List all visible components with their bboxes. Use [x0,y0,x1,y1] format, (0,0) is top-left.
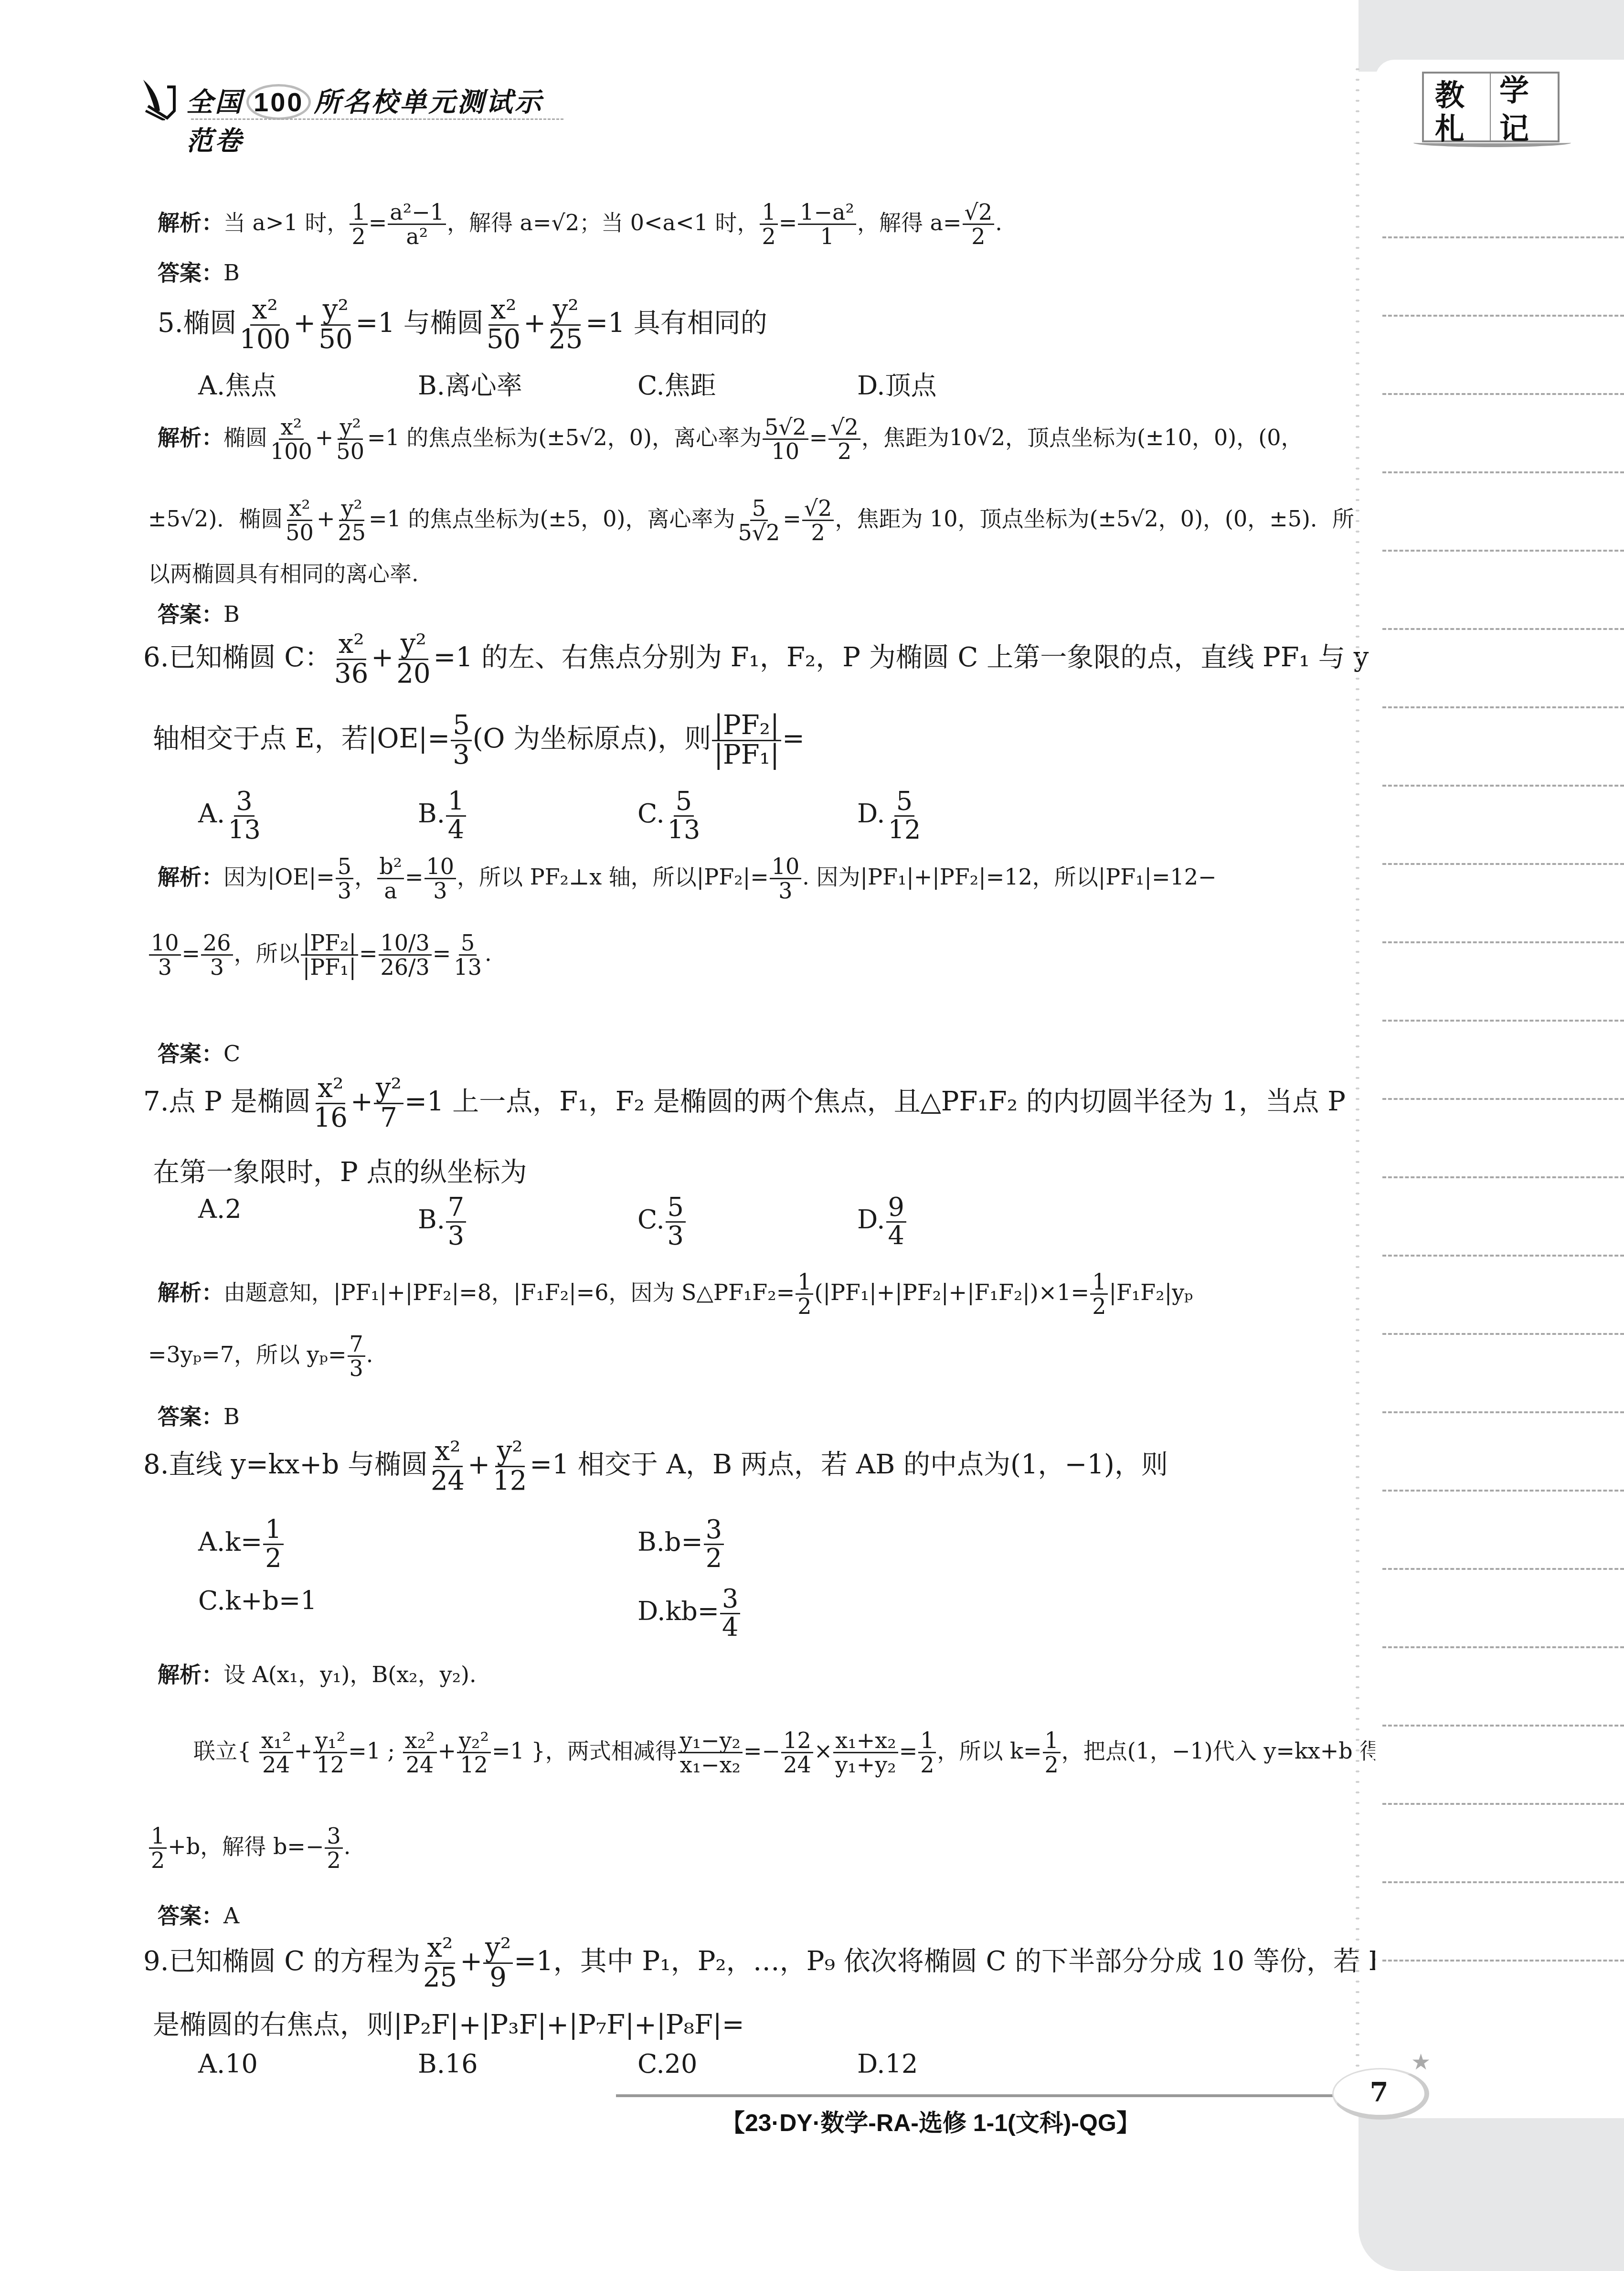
star-icon: ★ [1411,2049,1431,2075]
option-choice: B.73 [418,1194,637,1249]
question-9-stem-1: 9.已知椭圆 C 的方程为x²25+y²9=1，其中 P₁，P₂，…，P₉ 依次… [143,1934,1387,1992]
analysis-text: 由题意知，|PF₁|+|PF₂|=8，|F₁F₂|=6，因为 S△PF₁F₂=1… [223,1279,1193,1305]
question-8-analysis-3: 12+b，解得 b=−32. [148,1824,350,1872]
analysis-text: 联立{ x₁²24+y₁²12=1 ; x₂²24+y₂²12=1 }，两式相减… [193,1738,1433,1764]
fraction: 12 [760,201,777,248]
prev-answer: 答案：B [158,256,240,287]
question-text: 点 P 是椭圆x²16+y²7=1 上一点，F₁，F₂ 是椭圆的两个焦点，且△P… [169,1086,1345,1117]
question-text: 已知椭圆 C 的方程为x²25+y²9=1，其中 P₁，P₂，…，P₉ 依次将椭… [169,1946,1387,1977]
fraction: y²25 [547,296,584,354]
question-9-stem-2: 是椭圆的右焦点，则|P₂F|+|P₃F|+|P₇F|+|P₈F|= [153,2004,744,2042]
answer-label: 答案： [158,1404,223,1429]
question-6-options: A.313B.14C.513D.512 [198,788,1077,843]
notes-label-char: 札 [1435,105,1465,148]
question-8-options-row2: C.k+b=1D.kb=34 [198,1586,1077,1641]
option-choice: D.12 [857,2049,1077,2079]
question-text: 在第一象限时，P 点的纵坐标为 [153,1157,527,1188]
fraction: a²−1a² [388,201,446,248]
fraction: 12 [1090,1270,1108,1318]
note-line [1382,706,1624,708]
answer-label: 答案： [158,1041,223,1066]
page-number: 7 [1332,2068,1429,2120]
fraction: 12 [796,1270,813,1318]
fraction: 103 [149,931,181,979]
quill-book-icon [138,77,181,120]
fraction: 14 [446,788,466,843]
fraction: 513 [452,931,484,979]
question-7-options: A.2B.73C.53D.94 [198,1194,1077,1249]
question-6-answer: 答案：C [158,1036,240,1068]
fraction: y₂²12 [457,1729,491,1777]
question-8-stem: 8.直线 y=kx+b 与椭圆x²24+y²12=1 相交于 A，B 两点，若 … [143,1438,1168,1495]
question-7-analysis-2: =3yₚ=7，所以 yₚ=73. [148,1333,373,1380]
fraction: y²50 [317,296,354,354]
analysis-label: 解析： [158,210,223,235]
note-line [1382,1333,1624,1335]
answer-value: C [223,1041,240,1066]
fraction: 32 [325,1824,342,1872]
note-line [1382,1411,1624,1413]
question-9-options: A.10B.16C.20D.12 [198,2049,1077,2079]
page-header: 全国100所名校单元测试示范卷 [138,72,568,124]
fraction: 12 [263,1516,283,1572]
question-5-options: A.焦点B.离心率C.焦距D.顶点 [198,365,1077,402]
analysis-text: 以两椭圆具有相同的离心率. [148,561,419,586]
question-8-analysis-1: 解析：设 A(x₁，y₁)，B(x₂，y₂). [158,1657,477,1689]
fraction: 53 [451,712,472,769]
fraction: y²12 [491,1438,529,1495]
fraction: 12 [918,1729,936,1777]
fraction: √22 [802,497,834,544]
notes-book-icon: 教 学 札 记 [1413,67,1571,148]
fraction: y²20 [394,630,432,688]
option-choice: C.53 [637,1194,857,1249]
fraction: 12 [149,1824,167,1872]
fraction: x²25 [421,1934,459,1992]
question-text: 直线 y=kx+b 与椭圆x²24+y²12=1 相交于 A，B 两点，若 AB… [169,1449,1168,1480]
fraction: |PF₂||PF₁| [301,931,358,979]
analysis-text: 当 a>1 时，12=a²−1a²，解得 a=√2；当 0<a<1 时，12=1… [223,210,1002,235]
note-line [1382,393,1624,395]
note-line [1382,1803,1624,1805]
note-line [1382,863,1624,865]
note-line [1382,1960,1624,1962]
question-7-answer: 答案：B [158,1399,240,1431]
question-number: 7. [143,1086,169,1117]
fraction: 103 [770,855,802,903]
question-number: 9. [143,1946,169,1977]
question-5-analysis-3: 以两椭圆具有相同的离心率. [148,556,419,588]
question-7-analysis-1: 解析：由题意知，|PF₁|+|PF₂|=8，|F₁F₂|=6，因为 S△PF₁F… [158,1270,1193,1318]
fraction: |PF₂||PF₁| [712,712,781,769]
prev-analysis: 解析：当 a>1 时，12=a²−1a²，解得 a=√2；当 0<a<1 时，1… [158,201,1002,248]
option-choice: B.16 [418,2049,637,2079]
option-choice: A.k=12 [198,1516,637,1572]
fraction: 263 [201,931,233,979]
fraction: y²50 [334,416,366,463]
option-choice: A.焦点 [198,365,418,402]
question-text: 已知椭圆 C：x²36+y²20=1 的左、右焦点分别为 F₁，F₂，P 为椭圆… [169,642,1369,673]
option-choice: B.b=32 [637,1516,1077,1572]
sidebar-bottom-band [1359,2099,1624,2271]
exam-page: 全国100所名校单元测试示范卷 解析：当 a>1 时，12=a²−1a²，解得 … [0,0,1624,2271]
note-line [1382,550,1624,552]
fraction: 12 [350,201,367,248]
question-number: 8. [143,1449,169,1480]
option-choice: B.14 [418,788,637,843]
fraction: 5√210 [763,416,808,463]
note-line [1382,941,1624,943]
question-6-stem-2: 轴相交于点 E，若|OE|=53(O 为坐标原点)，则|PF₂||PF₁|= [153,712,805,769]
fraction: 53 [336,855,353,903]
fraction: x²100 [237,296,292,354]
option-choice: A.2 [198,1194,418,1249]
question-5-answer: 答案：B [158,597,240,629]
analysis-text: 椭圆x²100+y²50=1 的焦点坐标为(±5√2，0)，离心率为5√210=… [223,425,1303,450]
question-text: 轴相交于点 E，若|OE|=53(O 为坐标原点)，则|PF₂||PF₁|= [153,723,805,754]
note-line [1382,1881,1624,1883]
answer-value: B [223,601,240,627]
fraction: 313 [226,788,263,843]
note-line [1382,1725,1624,1727]
fraction: 1224 [781,1729,813,1777]
note-line [1382,471,1624,473]
option-choice: D.512 [857,788,1077,843]
option-choice: A.313 [198,788,418,843]
fraction: y₁−y₂x₁−x₂ [678,1729,743,1777]
fraction: 1−a²1 [798,201,856,248]
option-choice: C.焦距 [637,365,857,402]
answer-label: 答案： [158,602,223,627]
fraction: 53 [666,1194,686,1249]
fraction: 73 [348,1333,365,1380]
question-6-stem-1: 6.已知椭圆 C：x²36+y²20=1 的左、右焦点分别为 F₁，F₂，P 为… [143,630,1369,688]
fraction: x₂²24 [403,1729,437,1777]
answer-label: 答案： [158,260,223,285]
option-choice: C.k+b=1 [198,1586,637,1641]
analysis-text: 103=263，所以|PF₂||PF₁|=10/326/3=513. [148,940,492,966]
note-line [1382,1568,1624,1570]
question-5-analysis-2: ±5√2)．椭圆x²50+y²25=1 的焦点坐标为(±5，0)，离心率为55√… [148,497,1354,544]
analysis-text: 因为|OE|=53，b²a=103，所以 PF₂⊥x 轴，所以|PF₂|=103… [223,864,1217,890]
fraction: x²100 [268,416,314,463]
fraction: 73 [446,1194,466,1249]
question-8-analysis-2: 联立{ x₁²24+y₁²12=1 ; x₂²24+y₂²12=1 }，两式相减… [193,1729,1433,1777]
fraction: y²9 [483,1934,513,1992]
fraction: b²a [377,855,404,903]
question-8-options-row1: A.k=12B.b=32 [198,1516,1077,1572]
fraction: y²25 [336,497,368,544]
notes-column [1375,60,1624,2118]
analysis-label: 解析： [158,1662,223,1687]
fraction: 10/326/3 [379,931,432,979]
answer-value: B [223,260,240,286]
question-5-analysis-1: 解析：椭圆x²100+y²50=1 的焦点坐标为(±5√2，0)，离心率为5√2… [158,416,1303,463]
analysis-label: 解析： [158,425,223,450]
option-choice: D.kb=34 [637,1586,1077,1641]
fraction: 32 [704,1516,724,1572]
note-line [1382,236,1624,238]
question-text: 是椭圆的右焦点，则|P₂F|+|P₃F|+|P₇F|+|P₈F|= [153,2009,744,2040]
analysis-label: 解析： [158,1280,223,1305]
fraction: √22 [963,201,995,248]
title-pre: 全国 [186,87,244,117]
option-choice: C.513 [637,788,857,843]
note-line [1382,1020,1624,1022]
option-choice: D.94 [857,1194,1077,1249]
header-divider [191,118,563,120]
analysis-text: ±5√2)．椭圆x²50+y²25=1 的焦点坐标为(±5，0)，离心率为55√… [148,506,1354,532]
analysis-label: 解析： [158,864,223,889]
option-choice: B.离心率 [418,365,637,402]
fraction: 94 [886,1194,906,1249]
notes-label-char: 学 [1499,67,1529,109]
note-line [1382,1490,1624,1492]
note-line [1382,1255,1624,1257]
option-choice: C.20 [637,2049,857,2079]
question-number: 6. [143,642,169,673]
question-number: 5. [158,308,183,339]
fraction: √22 [828,416,860,463]
fraction: x₁+x₂y₁+y₂ [833,1729,898,1777]
question-6-analysis-1: 解析：因为|OE|=53，b²a=103，所以 PF₂⊥x 轴，所以|PF₂|=… [158,855,1217,903]
question-text: 椭圆x²100+y²50=1 与椭圆x²50+y²25=1 具有相同的 [183,308,767,339]
fraction: x₁²24 [259,1729,293,1777]
fraction: 512 [886,788,923,843]
fraction: 103 [425,855,456,903]
fraction: y²7 [374,1075,403,1132]
question-8-answer: 答案：A [158,1898,239,1930]
binding-dots [1355,67,1360,2106]
sidebar-top-band [1359,0,1624,60]
note-line [1382,1646,1624,1648]
fraction: x²16 [312,1075,350,1132]
option-choice: A.10 [198,2049,418,2079]
fraction: x²50 [485,296,522,354]
question-5-stem: 5.椭圆x²100+y²50=1 与椭圆x²50+y²25=1 具有相同的 [158,296,767,354]
note-line [1382,315,1624,317]
option-choice: D.顶点 [857,365,1077,402]
fraction: 55√2 [736,497,782,544]
answer-label: 答案： [158,1903,223,1928]
answer-value: B [223,1404,240,1429]
footer-divider [616,2094,1342,2097]
analysis-text: =3yₚ=7，所以 yₚ=73. [148,1342,373,1367]
note-line [1382,1176,1624,1178]
fraction: x²50 [284,497,316,544]
fraction: y₁²12 [313,1729,347,1777]
question-7-stem-1: 7.点 P 是椭圆x²16+y²7=1 上一点，F₁，F₂ 是椭圆的两个焦点，且… [143,1075,1346,1132]
fraction: 12 [1043,1729,1061,1777]
analysis-text: 设 A(x₁，y₁)，B(x₂，y₂). [223,1662,477,1687]
analysis-text: 12+b，解得 b=−32. [148,1834,350,1859]
fraction: 513 [666,788,702,843]
fraction: x²36 [332,630,370,688]
title-100-badge: 100 [246,84,311,120]
question-7-stem-2: 在第一象限时，P 点的纵坐标为 [153,1151,527,1189]
notes-label-char: 记 [1499,105,1529,148]
note-line [1382,628,1624,630]
note-line [1382,785,1624,787]
fraction: x²24 [429,1438,467,1495]
paper-code: 【23·DY·数学-RA-选修 1-1(文科)-QG】 [721,2104,1140,2138]
note-line [1382,1098,1624,1100]
answer-value: A [223,1903,239,1929]
question-6-analysis-2: 103=263，所以|PF₂||PF₁|=10/326/3=513. [148,931,492,979]
fraction: 34 [720,1586,740,1641]
